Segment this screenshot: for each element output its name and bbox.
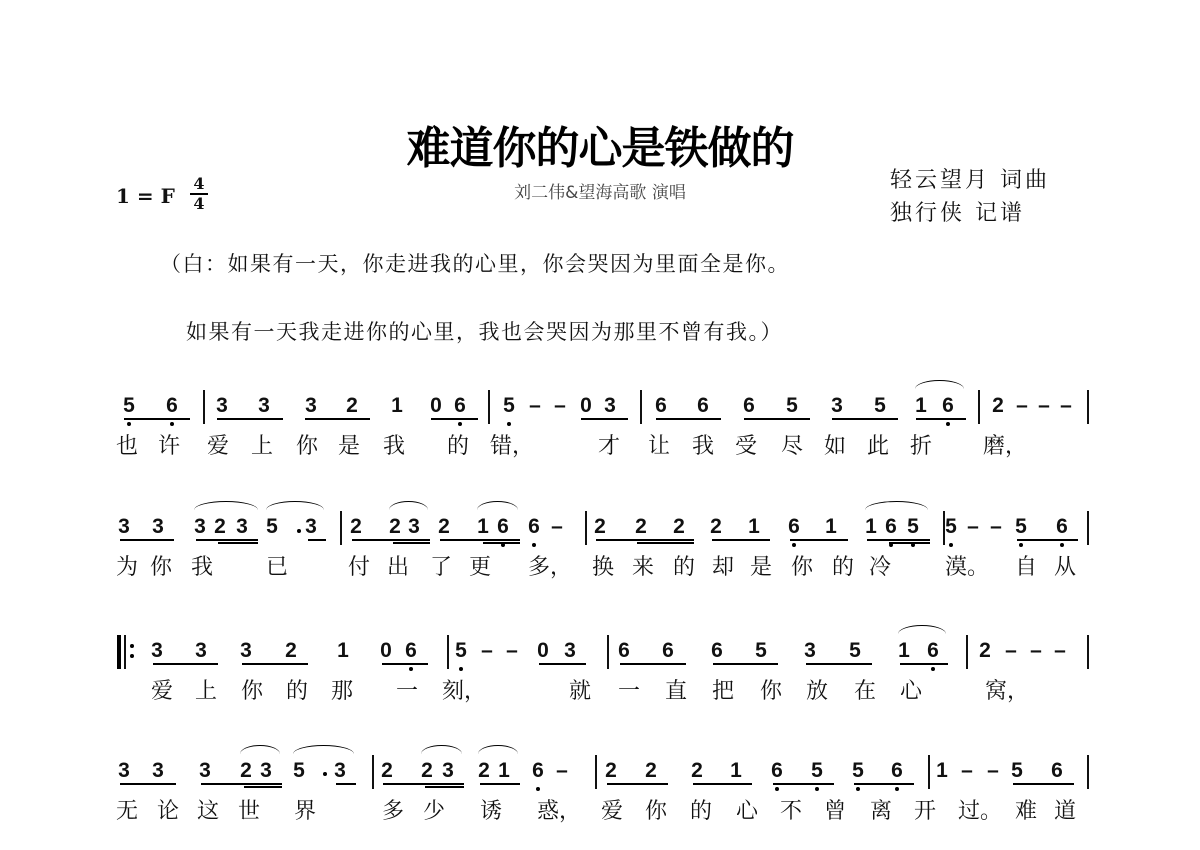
- sustain-dash: –: [478, 639, 496, 663]
- beam-line: [382, 663, 428, 665]
- beam-line: [217, 418, 283, 420]
- lyric: 磨，: [983, 434, 1027, 460]
- lyric: 爱: [151, 679, 173, 705]
- repeat-thick-bar: [117, 635, 121, 669]
- beam-line: [656, 418, 721, 420]
- low-octave-dot: [931, 667, 935, 671]
- note: 0: [534, 639, 552, 663]
- note: 5: [904, 515, 922, 539]
- note: 0: [377, 639, 395, 663]
- note: 1: [895, 639, 913, 663]
- low-octave-dot: [409, 667, 413, 671]
- lyric: 漠。: [945, 555, 989, 581]
- note: 5: [846, 639, 864, 663]
- note: 3: [801, 639, 819, 663]
- beam-line: [581, 418, 628, 420]
- lyric: 是: [750, 555, 772, 581]
- note: 3: [148, 639, 166, 663]
- note: 5: [849, 759, 867, 783]
- note: 6: [529, 759, 547, 783]
- lyric: 你: [241, 679, 263, 705]
- sustain-dash: –: [1013, 394, 1031, 418]
- lyric: 少: [423, 799, 445, 825]
- note: 6: [924, 639, 942, 663]
- slur: [194, 501, 258, 510]
- low-octave-dot: [1060, 543, 1064, 547]
- lyric: 一: [396, 679, 418, 705]
- lyric: 多，: [528, 555, 572, 581]
- beam-line-double: [218, 542, 258, 544]
- note: 6: [882, 515, 900, 539]
- beam-line: [120, 539, 174, 541]
- bar-line: [340, 511, 342, 545]
- beam-line: [693, 783, 752, 785]
- note: 1: [495, 759, 513, 783]
- bar-line: [607, 635, 609, 669]
- low-octave-dot: [170, 422, 174, 426]
- lyric: 道: [1054, 799, 1076, 825]
- lyric: 心: [736, 799, 758, 825]
- slur: [421, 745, 462, 754]
- lyric: 让: [648, 434, 670, 460]
- time-signature-bottom: 4: [190, 196, 208, 212]
- beam-line: [607, 783, 668, 785]
- note: 1: [727, 759, 745, 783]
- low-octave-dot: [501, 543, 505, 547]
- low-octave-dot: [127, 422, 131, 426]
- note: 3: [601, 394, 619, 418]
- note: 5: [452, 639, 470, 663]
- time-signature-top: 4: [190, 176, 208, 192]
- slur: [293, 745, 354, 754]
- note: 6: [1053, 515, 1071, 539]
- lyric: 把: [712, 679, 734, 705]
- note: 1: [822, 515, 840, 539]
- low-octave-dot: [459, 667, 463, 671]
- lyric: 冷: [869, 555, 891, 581]
- bar-line: [488, 390, 490, 424]
- slur: [240, 745, 280, 754]
- lyric: 放: [806, 679, 828, 705]
- note: 6: [768, 759, 786, 783]
- sustain-dash: –: [984, 759, 1002, 783]
- lyric: 你: [150, 555, 172, 581]
- note: 6: [652, 394, 670, 418]
- spoken-line-2: 如果有一天我走进你的心里，我也会哭因为那里不曾有我。）: [186, 316, 783, 346]
- lyric: 开: [914, 799, 936, 825]
- note: 1: [388, 394, 406, 418]
- lyric: 无: [116, 799, 138, 825]
- sustain-dash: –: [987, 515, 1005, 539]
- low-octave-dot: [775, 787, 779, 791]
- beam-line: [900, 663, 948, 665]
- lyric: 我: [191, 555, 213, 581]
- note: 5: [808, 759, 826, 783]
- beam-line: [308, 539, 326, 541]
- note: 5: [500, 394, 518, 418]
- note: 3: [561, 639, 579, 663]
- note: 3: [302, 515, 320, 539]
- note: 1: [933, 759, 951, 783]
- beam-line: [124, 418, 190, 420]
- lyric: 心: [900, 679, 922, 705]
- sustain-dash: –: [553, 759, 571, 783]
- lyric: 我: [692, 434, 714, 460]
- note: 6: [615, 639, 633, 663]
- beam-line: [790, 539, 848, 541]
- note: 1: [474, 515, 492, 539]
- augmentation-dot: [323, 772, 327, 776]
- lyric: 爱: [601, 799, 623, 825]
- lyric: 世: [238, 799, 260, 825]
- lyric: 了: [430, 555, 452, 581]
- note: 2: [688, 759, 706, 783]
- slur: [915, 380, 964, 389]
- note: 1: [912, 394, 930, 418]
- low-octave-dot: [946, 422, 950, 426]
- low-octave-dot: [889, 543, 893, 547]
- note: 2: [989, 394, 1007, 418]
- beam-line: [244, 783, 282, 785]
- lyric: 从: [1054, 555, 1076, 581]
- note: 5: [752, 639, 770, 663]
- note: 6: [494, 515, 512, 539]
- beam-line: [483, 539, 520, 541]
- note: 5: [263, 515, 281, 539]
- note: 5: [120, 394, 138, 418]
- lyric: 尽: [781, 434, 803, 460]
- lyric: 上: [251, 434, 273, 460]
- note: 3: [237, 639, 255, 663]
- beam-line: [744, 418, 810, 420]
- note: 0: [577, 394, 595, 418]
- note: 6: [451, 394, 469, 418]
- lyric: 来: [632, 555, 654, 581]
- bar-line: [1087, 755, 1089, 789]
- lyric: 上: [195, 679, 217, 705]
- lyric: 诱: [480, 799, 502, 825]
- beam-line: [712, 539, 770, 541]
- beam-line: [916, 418, 966, 420]
- note: 6: [708, 639, 726, 663]
- lyric: 你: [760, 679, 782, 705]
- lyric: 自: [1015, 555, 1037, 581]
- beam-line-double: [244, 786, 282, 788]
- sustain-dash: –: [1057, 394, 1075, 418]
- beam-line: [1017, 539, 1078, 541]
- lyric: 如: [824, 434, 846, 460]
- note: 3: [149, 759, 167, 783]
- bar-line: [1087, 390, 1089, 424]
- note: 2: [378, 759, 396, 783]
- note: 3: [196, 759, 214, 783]
- note: 2: [591, 515, 609, 539]
- low-octave-dot: [792, 543, 796, 547]
- lyric: 你: [791, 555, 813, 581]
- note: 6: [888, 759, 906, 783]
- lyric: 过。: [958, 799, 1002, 825]
- note: 2: [602, 759, 620, 783]
- lyric: 论: [157, 799, 179, 825]
- slur: [477, 501, 518, 510]
- note: 5: [871, 394, 889, 418]
- note: 5: [290, 759, 308, 783]
- beam-line: [242, 663, 308, 665]
- beam-line: [336, 783, 356, 785]
- beam-line: [153, 663, 218, 665]
- low-octave-dot: [895, 787, 899, 791]
- sustain-dash: –: [526, 394, 544, 418]
- note: 6: [525, 515, 543, 539]
- note: 3: [191, 515, 209, 539]
- time-signature: 4 4: [190, 176, 208, 212]
- beam-line: [637, 539, 694, 541]
- lyric: 的: [286, 679, 308, 705]
- lyric: 多: [382, 799, 404, 825]
- sustain-dash: –: [964, 515, 982, 539]
- note: 1: [862, 515, 880, 539]
- lyric: 一: [618, 679, 640, 705]
- lyric: 你: [645, 799, 667, 825]
- lyric: 爱: [207, 434, 229, 460]
- beam-line-double: [637, 542, 694, 544]
- repeat-dot: [130, 644, 134, 648]
- sustain-dash: –: [548, 515, 566, 539]
- note: 2: [707, 515, 725, 539]
- note: 6: [939, 394, 957, 418]
- beam-line: [620, 663, 686, 665]
- augmentation-dot: [297, 529, 301, 533]
- sustain-dash: –: [1035, 394, 1053, 418]
- lyric: 付: [348, 555, 370, 581]
- note: 3: [213, 394, 231, 418]
- note: 6: [1048, 759, 1066, 783]
- note: 6: [740, 394, 758, 418]
- beam-line: [425, 783, 464, 785]
- lyric: 为: [116, 555, 138, 581]
- beam-line: [539, 663, 586, 665]
- sustain-dash: –: [1051, 639, 1069, 663]
- lyric: 已: [266, 555, 288, 581]
- beam-line: [854, 783, 914, 785]
- lyric: 就: [569, 679, 591, 705]
- note: 3: [192, 639, 210, 663]
- lyric: 你: [296, 434, 318, 460]
- sustain-dash: –: [1002, 639, 1020, 663]
- beam-line-double: [889, 542, 930, 544]
- note: 0: [427, 394, 445, 418]
- note: 2: [632, 515, 650, 539]
- note: 2: [282, 639, 300, 663]
- bar-line: [928, 755, 930, 789]
- lyric: 更: [469, 555, 491, 581]
- note: 6: [163, 394, 181, 418]
- lyric: 直: [665, 679, 687, 705]
- low-octave-dot: [532, 543, 536, 547]
- beam-line: [1013, 783, 1074, 785]
- note: 3: [405, 515, 423, 539]
- note: 3: [255, 394, 273, 418]
- bar-line: [1087, 635, 1089, 669]
- low-octave-dot: [949, 543, 953, 547]
- beam-line: [806, 663, 872, 665]
- lyric: 曾: [824, 799, 846, 825]
- bar-line: [1087, 511, 1089, 545]
- beam-line-double: [483, 542, 520, 544]
- note: 3: [302, 394, 320, 418]
- sustain-dash: –: [503, 639, 521, 663]
- lyric: 才: [598, 434, 620, 460]
- repeat-thin-bar: [124, 635, 126, 669]
- beam-line: [120, 783, 176, 785]
- note: 2: [386, 515, 404, 539]
- sustain-dash: –: [1027, 639, 1045, 663]
- note: 1: [745, 515, 763, 539]
- lyric: 不: [780, 799, 802, 825]
- lyric: 界: [294, 799, 316, 825]
- slur: [865, 501, 928, 510]
- spoken-line-1: （白：如果有一天，你走进我的心里，你会哭因为里面全是你。: [160, 248, 790, 278]
- note: 3: [257, 759, 275, 783]
- lyric: 出: [387, 555, 409, 581]
- lyric: 折: [910, 434, 932, 460]
- composer-credit: 轻云望月 词曲: [890, 163, 1050, 194]
- beam-line: [431, 418, 478, 420]
- slur: [478, 745, 518, 754]
- beam-line: [889, 539, 930, 541]
- note: 6: [659, 639, 677, 663]
- note: 2: [976, 639, 994, 663]
- slur: [266, 501, 324, 510]
- low-octave-dot: [536, 787, 540, 791]
- bar-line: [640, 390, 642, 424]
- lyric: 的: [832, 555, 854, 581]
- bar-line: [978, 390, 980, 424]
- note: 3: [115, 759, 133, 783]
- bar-line: [372, 755, 374, 789]
- beam-line: [393, 539, 430, 541]
- beam-line: [480, 783, 520, 785]
- low-octave-dot: [1019, 543, 1023, 547]
- note: 3: [439, 759, 457, 783]
- beam-line-double: [425, 786, 464, 788]
- note: 5: [942, 515, 960, 539]
- note: 3: [149, 515, 167, 539]
- note: 3: [233, 515, 251, 539]
- lyric: 刻，: [442, 679, 486, 705]
- note: 3: [331, 759, 349, 783]
- bar-line: [585, 511, 587, 545]
- low-octave-dot: [458, 422, 462, 426]
- note: 2: [670, 515, 688, 539]
- key-signature: 1 = F: [116, 184, 175, 208]
- lyric: 此: [867, 434, 889, 460]
- note: 2: [418, 759, 436, 783]
- transcriber-credit: 独行侠 记谱: [890, 196, 1025, 227]
- beam-line: [218, 539, 258, 541]
- bar-line: [595, 755, 597, 789]
- note: 3: [828, 394, 846, 418]
- lyric: 难: [1015, 799, 1037, 825]
- note: 5: [1012, 515, 1030, 539]
- note: 6: [785, 515, 803, 539]
- repeat-dot: [130, 654, 134, 658]
- lyric: 那: [331, 679, 353, 705]
- note: 3: [115, 515, 133, 539]
- note: 2: [642, 759, 660, 783]
- lyric: 的: [447, 434, 469, 460]
- note: 2: [211, 515, 229, 539]
- lyric: 的: [690, 799, 712, 825]
- note: 2: [435, 515, 453, 539]
- bar-line: [447, 635, 449, 669]
- beam-line: [832, 418, 898, 420]
- note: 6: [402, 639, 420, 663]
- lyric: 我: [383, 434, 405, 460]
- lyric: 在: [854, 679, 876, 705]
- lyric: 离: [870, 799, 892, 825]
- low-octave-dot: [507, 422, 511, 426]
- note: 5: [783, 394, 801, 418]
- low-octave-dot: [815, 787, 819, 791]
- beam-line: [713, 663, 778, 665]
- sustain-dash: –: [958, 759, 976, 783]
- note: 5: [1008, 759, 1026, 783]
- beam-line-double: [393, 542, 430, 544]
- lyric: 是: [338, 434, 360, 460]
- slur: [898, 625, 946, 634]
- note: 2: [237, 759, 255, 783]
- bar-line: [203, 390, 205, 424]
- lyric: 这: [197, 799, 219, 825]
- lyric: 换: [592, 555, 614, 581]
- lyric: 错，: [490, 434, 534, 460]
- lyric: 却: [712, 555, 734, 581]
- lyric: 受: [735, 434, 757, 460]
- lyric: 窝，: [985, 679, 1029, 705]
- slur: [389, 501, 428, 510]
- sustain-dash: –: [551, 394, 569, 418]
- bar-line: [966, 635, 968, 669]
- lyric: 也: [116, 434, 138, 460]
- bar-line: [943, 511, 945, 545]
- note: 2: [343, 394, 361, 418]
- note: 1: [334, 639, 352, 663]
- lyric: 许: [158, 434, 180, 460]
- lyric: 惑，: [537, 799, 581, 825]
- low-octave-dot: [856, 787, 860, 791]
- lyric: 的: [673, 555, 695, 581]
- beam-line: [305, 418, 370, 420]
- low-octave-dot: [911, 543, 915, 547]
- note: 2: [347, 515, 365, 539]
- note: 6: [694, 394, 712, 418]
- note: 2: [475, 759, 493, 783]
- beam-line: [773, 783, 834, 785]
